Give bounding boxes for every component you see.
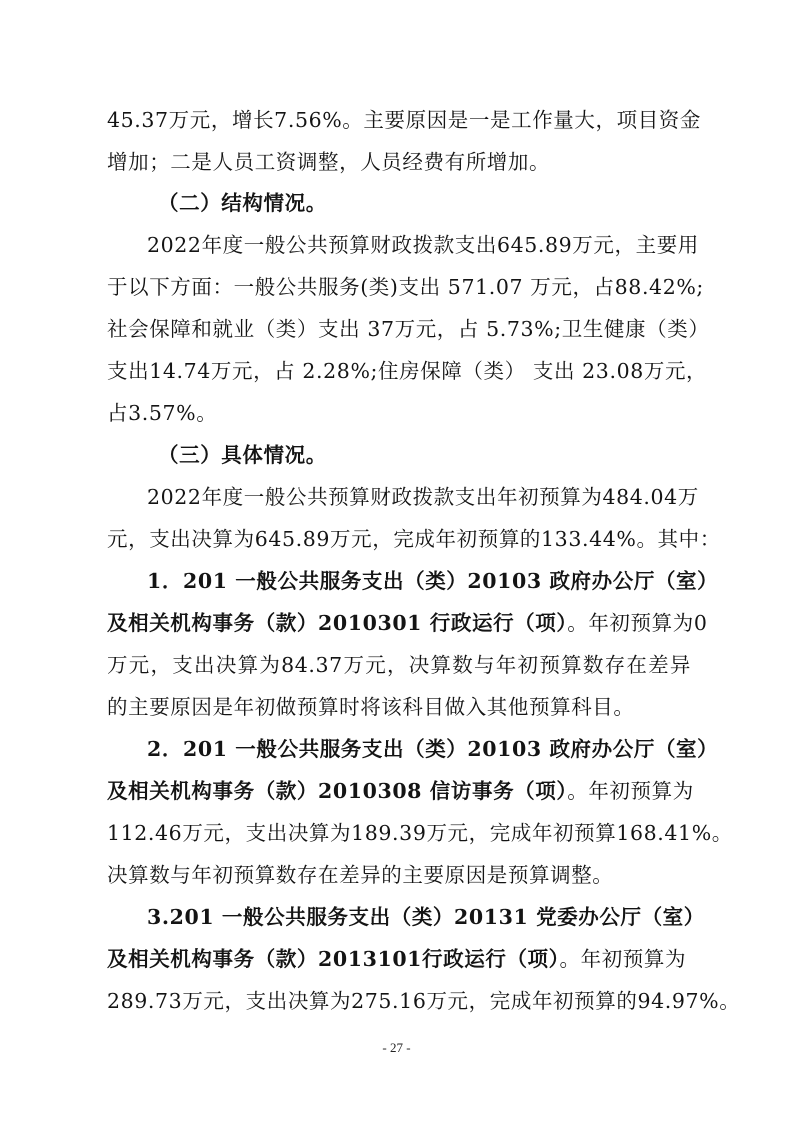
section-heading-details: （三）具体情况。 xyxy=(158,441,742,469)
item-1-budget-text: 。年初预算为0 xyxy=(567,611,707,635)
section-heading-structure: （二）结构情况。 xyxy=(158,189,742,217)
item-1-title-continued: 及相关机构事务（款）2010301 行政运行（项）。年初预算为0 xyxy=(107,609,691,637)
item-3-title-continued: 及相关机构事务（款）2013101行政运行（项）。年初预算为 xyxy=(107,945,691,973)
page-number: - 27 - xyxy=(0,1040,793,1056)
paragraph-line: 元，支出决算为645.89万元，完成年初预算的133.44%。其中： xyxy=(107,525,691,553)
paragraph-line: 万元，支出决算为84.37万元，决算数与年初预算数存在差异 xyxy=(107,651,691,679)
item-1-title: 1．201 一般公共服务支出（类）20103 政府办公厅（室） xyxy=(147,567,691,595)
item-3-title: 3.201 一般公共服务支出（类）20131 党委办公厅（室） xyxy=(147,903,691,931)
item-2-budget-text: 。年初预算为 xyxy=(567,779,694,803)
paragraph-line: 45.37万元，增长7.56%。主要原因是一是工作量大，项目资金 xyxy=(107,106,691,134)
item-2-title-continued: 及相关机构事务（款）2010308 信访事务（项）。年初预算为 xyxy=(107,777,691,805)
item-3-budget-text: 。年初预算为 xyxy=(560,947,687,971)
item-2-title: 2．201 一般公共服务支出（类）20103 政府办公厅（室） xyxy=(147,735,691,763)
document-page: 45.37万元，增长7.56%。主要原因是一是工作量大，项目资金 增加；二是人员… xyxy=(0,0,793,1122)
paragraph-line: 289.73万元，支出决算为275.16万元，完成年初预算的94.97%。 xyxy=(107,987,691,1015)
paragraph-line: 占3.57%。 xyxy=(107,399,691,427)
paragraph-line: 2022年度一般公共预算财政拨款支出645.89万元，主要用 xyxy=(147,231,691,259)
paragraph-line: 的主要原因是年初做预算时将该科目做入其他预算科目。 xyxy=(107,693,691,721)
paragraph-line: 于以下方面：一般公共服务(类)支出 571.07 万元，占88.42%; xyxy=(107,273,691,301)
paragraph-line: 决算数与年初预算数存在差异的主要原因是预算调整。 xyxy=(107,861,691,889)
item-3-title-bold: 及相关机构事务（款）2013101行政运行（项） xyxy=(107,947,560,971)
item-2-title-bold: 及相关机构事务（款）2010308 信访事务（项） xyxy=(107,779,567,803)
paragraph-line: 社会保障和就业（类）支出 37万元，占 5.73%;卫生健康（类） xyxy=(107,315,691,343)
paragraph-line: 112.46万元，支出决算为189.39万元，完成年初预算168.41%。 xyxy=(107,819,691,847)
paragraph-line: 支出14.74万元，占 2.28%;住房保障（类） 支出 23.08万元， xyxy=(107,357,691,385)
paragraph-line: 增加；二是人员工资调整，人员经费有所增加。 xyxy=(107,148,691,176)
paragraph-line: 2022年度一般公共预算财政拨款支出年初预算为484.04万 xyxy=(147,483,691,511)
item-1-title-bold: 及相关机构事务（款）2010301 行政运行（项） xyxy=(107,611,567,635)
